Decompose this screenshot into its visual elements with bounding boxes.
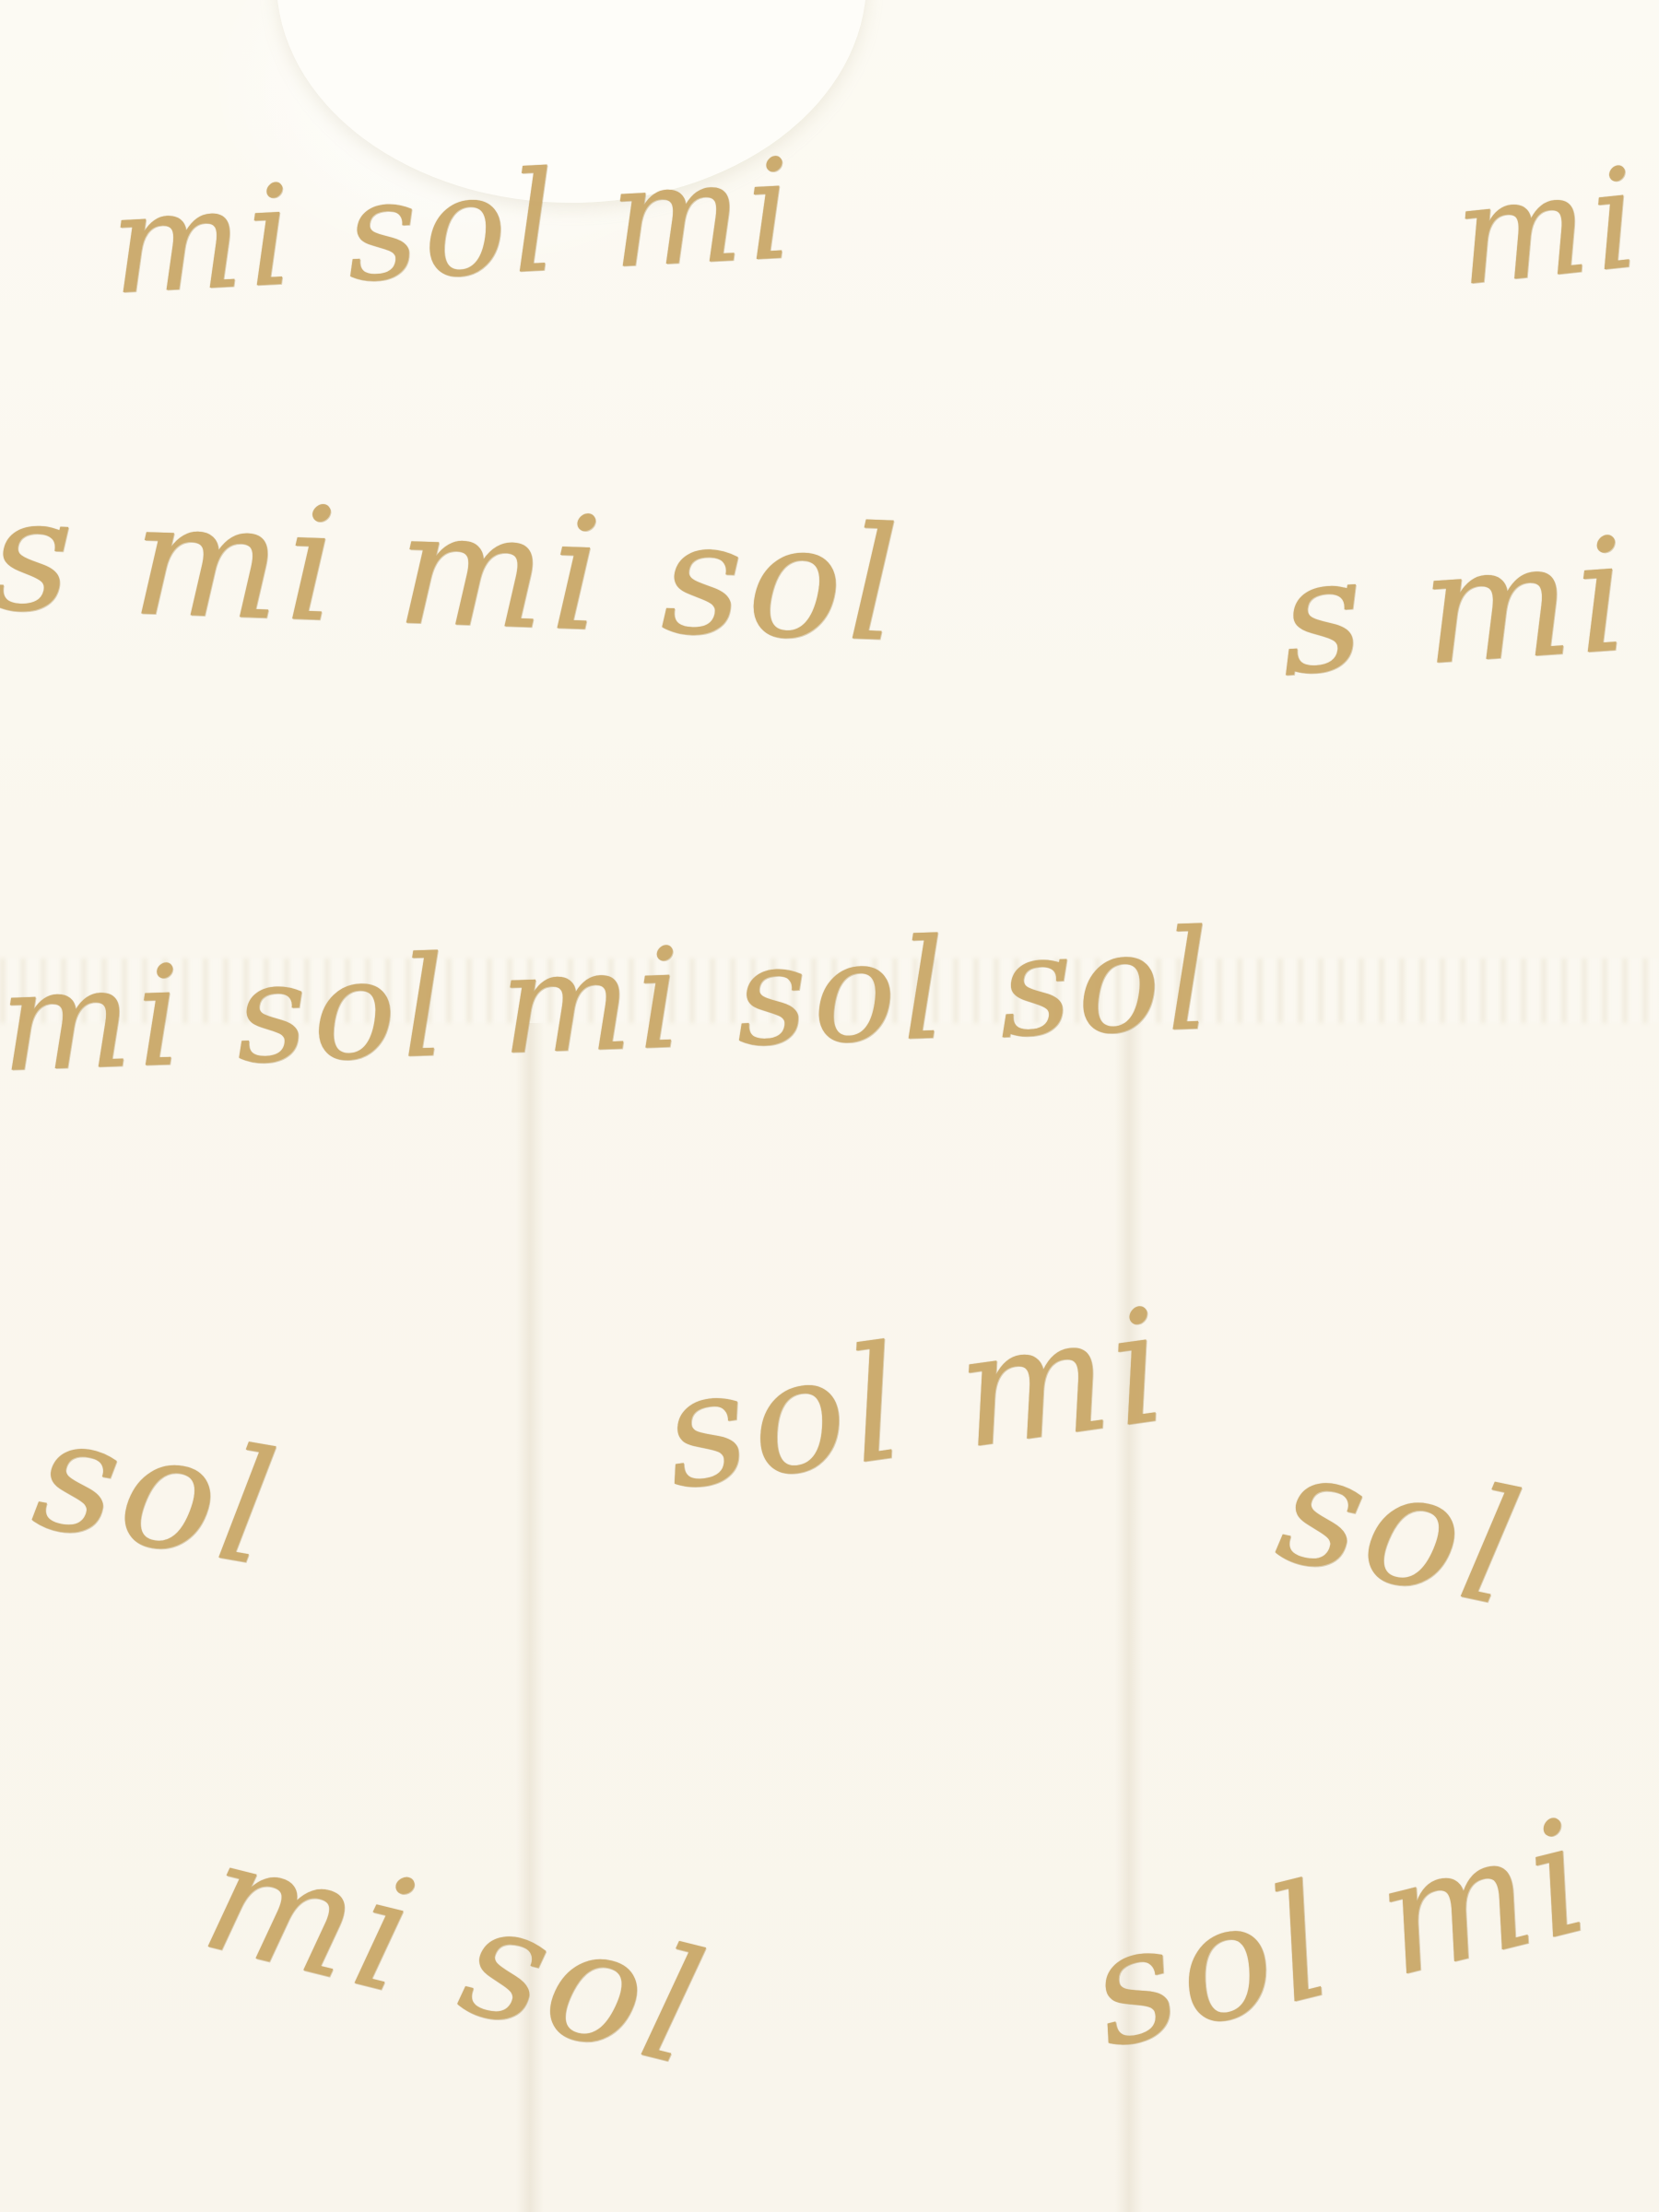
embroidery-script: mi sol mi sol ꜱol [0, 900, 1218, 1103]
embroidery-script: mi sol mi [107, 130, 801, 326]
embroidery-script: mi sol [188, 1803, 724, 2102]
embroidered-fabric-photo: mi sol mi mi ꜱ mi mi sol ꜱ mi mi sol mi … [0, 0, 1659, 2212]
embroidery-script: sol mi [653, 1275, 1181, 1526]
embroidery-script: sol [1265, 1415, 1538, 1643]
embroidery-script: ꜱ mi mi sol [0, 464, 907, 677]
embroidery-script: mi [1448, 138, 1650, 317]
embroidery-script: sol [23, 1382, 292, 1603]
embroidery-script: ꜱ mi [1276, 504, 1639, 711]
embroidery-script: sol mi [1073, 1784, 1608, 2084]
